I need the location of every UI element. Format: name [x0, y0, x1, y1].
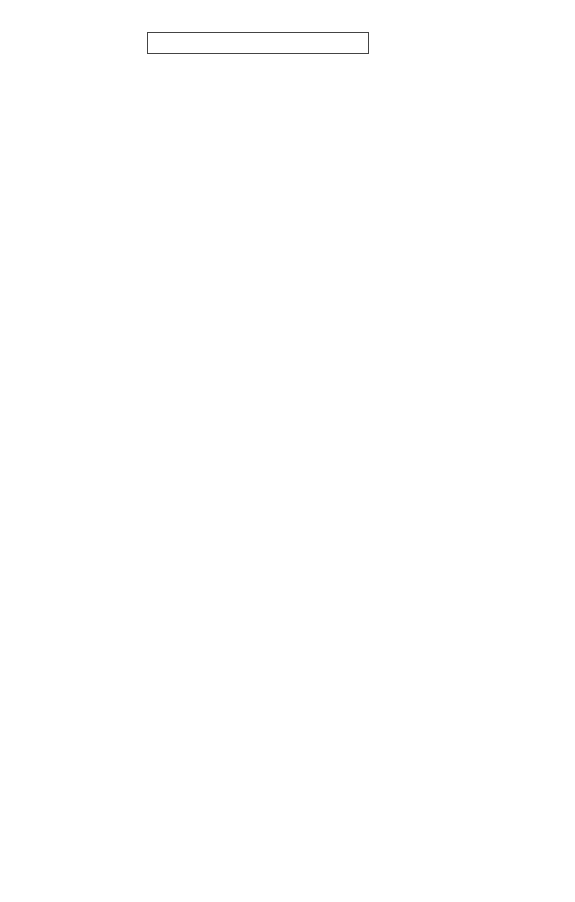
document-title — [147, 32, 369, 54]
